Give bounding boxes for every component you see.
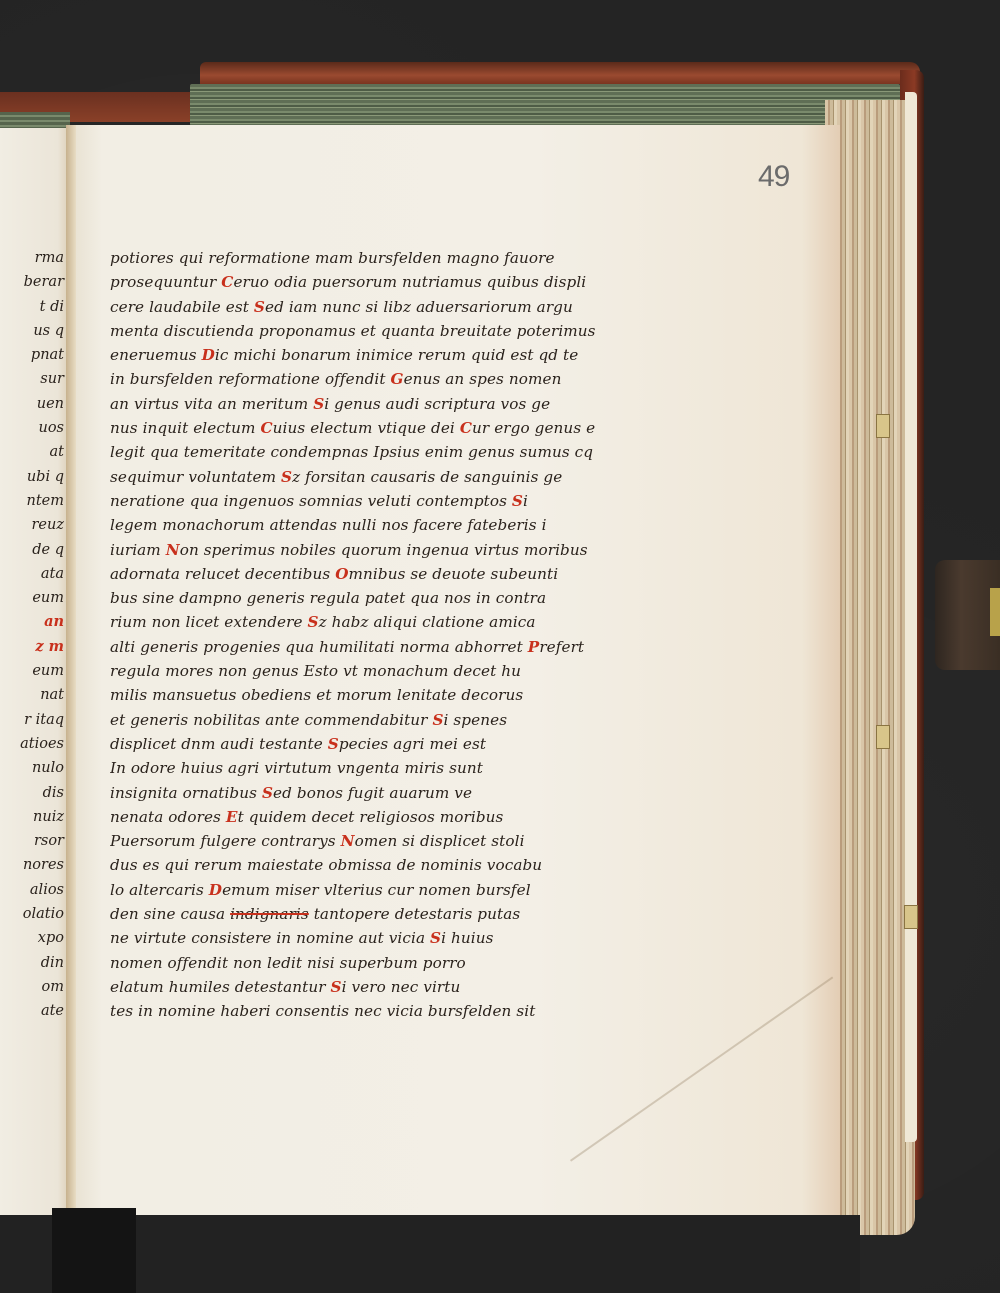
margin-fragment: nuiz bbox=[0, 805, 70, 829]
line-text: dus es qui rerum maiestate obmissa de no… bbox=[110, 856, 542, 874]
line-text: refert bbox=[539, 638, 584, 656]
margin-fragment: z m bbox=[0, 635, 70, 659]
manuscript-line: an virtus vita an meritum Si genus audi … bbox=[110, 392, 640, 416]
margin-fragment: us q bbox=[0, 319, 70, 343]
rubricated-initial: P bbox=[528, 638, 540, 656]
manuscript-line: lo altercaris Demum miser vlterius cur n… bbox=[110, 878, 640, 902]
margin-fragment: nat bbox=[0, 683, 70, 707]
manuscript-line: tes in nomine haberi consentis nec vicia… bbox=[110, 999, 640, 1023]
rubricated-initial: N bbox=[166, 541, 180, 559]
left-page-text-fragments: rmaberart dius qpnatsuruenuosatubi qntem… bbox=[0, 246, 70, 1024]
manuscript-line: insignita ornatibus Sed bonos fugit auar… bbox=[110, 781, 640, 805]
line-text: z habz aliqui clatione amica bbox=[319, 613, 536, 631]
rubricated-initial: C bbox=[460, 419, 472, 437]
rubricated-initial: S bbox=[512, 492, 523, 510]
margin-fragment: olatio bbox=[0, 902, 70, 926]
margin-fragment: nulo bbox=[0, 756, 70, 780]
manuscript-line: nenata odores Et quidem decet religiosos… bbox=[110, 805, 640, 829]
manuscript-line: neratione qua ingenuos somnias veluti co… bbox=[110, 489, 640, 513]
folio-number: 49 bbox=[758, 160, 789, 194]
line-text: nenata odores bbox=[110, 808, 226, 826]
margin-fragment: atioes bbox=[0, 732, 70, 756]
line-text: menta discutienda proponamus et quanta b… bbox=[110, 322, 596, 340]
manuscript-line: legit qua temeritate condempnas Ipsius e… bbox=[110, 440, 640, 464]
line-text: nus inquit electum bbox=[110, 419, 260, 437]
line-text: emum miser vlterius cur nomen bursfel bbox=[222, 881, 531, 899]
line-text: neratione qua ingenuos somnias veluti co… bbox=[110, 492, 512, 510]
margin-fragment: nores bbox=[0, 853, 70, 877]
manuscript-line: nus inquit electum Cuius electum vtique … bbox=[110, 416, 640, 440]
margin-fragment: r itaq bbox=[0, 708, 70, 732]
line-text: alti generis progenies qua humilitati no… bbox=[110, 638, 528, 656]
manuscript-line: In odore huius agri virtutum vngenta mir… bbox=[110, 756, 640, 780]
green-page-top-edge bbox=[190, 84, 900, 126]
manuscript-text-block: potiores qui reformatione mam bursfelden… bbox=[110, 246, 640, 1024]
manuscript-line: milis mansuetus obediens et morum lenita… bbox=[110, 683, 640, 707]
line-text: t quidem decet religiosos moribus bbox=[238, 808, 504, 826]
line-text: rium non licet extendere bbox=[110, 613, 308, 631]
line-text: elatum humiles detestantur bbox=[110, 978, 331, 996]
margin-fragment: ate bbox=[0, 999, 70, 1023]
margin-fragment: uos bbox=[0, 416, 70, 440]
line-text: bus sine dampno generis regula patet qua… bbox=[110, 589, 546, 607]
rubricated-initial: N bbox=[341, 832, 355, 850]
manuscript-line: iuriam Non sperimus nobiles quorum ingen… bbox=[110, 538, 640, 562]
line-text: nomen offendit non ledit nisi superbum p… bbox=[110, 954, 466, 972]
rubricated-initial: O bbox=[335, 565, 348, 583]
manuscript-line: bus sine dampno generis regula patet qua… bbox=[110, 586, 640, 610]
line-text: ic michi bonarum inimice rerum quid est … bbox=[215, 346, 578, 364]
manuscript-line: menta discutienda proponamus et quanta b… bbox=[110, 319, 640, 343]
line-text: an virtus vita an meritum bbox=[110, 395, 313, 413]
line-text: eneruemus bbox=[110, 346, 202, 364]
manuscript-line: prosequuntur Ceruo odia puersorum nutria… bbox=[110, 270, 640, 294]
line-text: ne virtute consistere in nomine aut vici… bbox=[110, 929, 430, 947]
margin-fragment: sur bbox=[0, 367, 70, 391]
manuscript-line: sequimur voluntatem Sz forsitan causaris… bbox=[110, 465, 640, 489]
manuscript-line: rium non licet extendere Sz habz aliqui … bbox=[110, 610, 640, 634]
leather-cover-top-edge bbox=[200, 62, 920, 84]
line-text: displicet dnm audi testante bbox=[110, 735, 328, 753]
manuscript-line: adornata relucet decentibus Omnibus se d… bbox=[110, 562, 640, 586]
manuscript-line: elatum humiles detestantur Si vero nec v… bbox=[110, 975, 640, 999]
rubricated-initial: S bbox=[432, 711, 443, 729]
rubricated-initial: E bbox=[226, 808, 238, 826]
manuscript-line: cere laudabile est Sed iam nunc si libz … bbox=[110, 295, 640, 319]
line-text: potiores qui reformatione mam bursfelden… bbox=[110, 249, 555, 267]
line-text: i spenes bbox=[444, 711, 508, 729]
fore-edge-tab bbox=[876, 414, 890, 438]
manuscript-line: alti generis progenies qua humilitati no… bbox=[110, 635, 640, 659]
fore-edge-tab bbox=[904, 905, 918, 929]
line-text: adornata relucet decentibus bbox=[110, 565, 335, 583]
margin-fragment: reuz bbox=[0, 513, 70, 537]
line-text: i genus audi scriptura vos ge bbox=[324, 395, 550, 413]
line-text: eruo odia puersorum nutriamus quibus dis… bbox=[233, 273, 586, 291]
manuscript-line: ne virtute consistere in nomine aut vici… bbox=[110, 926, 640, 950]
margin-fragment: uen bbox=[0, 392, 70, 416]
margin-fragment: de q bbox=[0, 538, 70, 562]
rubricated-initial: S bbox=[254, 298, 265, 316]
margin-fragment: rsor bbox=[0, 829, 70, 853]
margin-fragment: ubi q bbox=[0, 465, 70, 489]
margin-fragment: xpo bbox=[0, 926, 70, 950]
margin-fragment: rma bbox=[0, 246, 70, 270]
clasp-brass-fitting bbox=[990, 588, 1000, 636]
line-text: lo altercaris bbox=[110, 881, 209, 899]
line-text: in bursfelden reformatione offendit bbox=[110, 370, 391, 388]
rubricated-initial: S bbox=[281, 468, 292, 486]
margin-fragment: din bbox=[0, 951, 70, 975]
line-text: i bbox=[523, 492, 528, 510]
flyleaf-edge bbox=[905, 92, 917, 1142]
line-text: insignita ornatibus bbox=[110, 784, 262, 802]
line-text: tes in nomine haberi consentis nec vicia… bbox=[110, 1002, 535, 1020]
line-text: den sine causa bbox=[110, 905, 230, 923]
manuscript-line: den sine causa indignaris tantopere dete… bbox=[110, 902, 640, 926]
line-text: et generis nobilitas ante commendabitur bbox=[110, 711, 432, 729]
line-text: z forsitan causaris de sanguinis ge bbox=[292, 468, 562, 486]
manuscript-line: Puersorum fulgere contrarys Nomen si dis… bbox=[110, 829, 640, 853]
line-text: uius electum vtique dei bbox=[273, 419, 460, 437]
margin-fragment: berar bbox=[0, 270, 70, 294]
rubricated-initial: S bbox=[313, 395, 324, 413]
manuscript-line: nomen offendit non ledit nisi superbum p… bbox=[110, 951, 640, 975]
rubricated-initial: C bbox=[260, 419, 272, 437]
margin-fragment: eum bbox=[0, 586, 70, 610]
line-text: sequimur voluntatem bbox=[110, 468, 281, 486]
rubricated-initial: G bbox=[391, 370, 404, 388]
fore-edge-tab bbox=[876, 725, 890, 749]
line-text: Puersorum fulgere contrarys bbox=[110, 832, 341, 850]
rubricated-initial: S bbox=[262, 784, 273, 802]
line-text: iuriam bbox=[110, 541, 166, 559]
rubricated-initial: D bbox=[209, 881, 222, 899]
line-text: prosequuntur bbox=[110, 273, 221, 291]
margin-fragment: ntem bbox=[0, 489, 70, 513]
line-text: mnibus se deuote subeunti bbox=[349, 565, 559, 583]
margin-fragment: alios bbox=[0, 878, 70, 902]
margin-fragment: t di bbox=[0, 295, 70, 319]
margin-fragment: pnat bbox=[0, 343, 70, 367]
margin-fragment: om bbox=[0, 975, 70, 999]
manuscript-line: displicet dnm audi testante Species agri… bbox=[110, 732, 640, 756]
rubricated-initial: S bbox=[430, 929, 441, 947]
margin-fragment: an bbox=[0, 610, 70, 634]
line-text: In odore huius agri virtutum vngenta mir… bbox=[110, 759, 483, 777]
line-text: tantopere detestaris putas bbox=[309, 905, 520, 923]
rubricated-initial: S bbox=[331, 978, 342, 996]
margin-fragment: ata bbox=[0, 562, 70, 586]
line-text: omen si displicet stoli bbox=[355, 832, 525, 850]
line-text: i vero nec virtu bbox=[342, 978, 461, 996]
rubricated-initial: S bbox=[328, 735, 339, 753]
line-text: ed iam nunc si libz aduersariorum argu bbox=[265, 298, 573, 316]
manuscript-line: et generis nobilitas ante commendabitur … bbox=[110, 708, 640, 732]
spine-shadow bbox=[52, 1208, 136, 1293]
margin-fragment: dis bbox=[0, 781, 70, 805]
line-text: regula mores non genus Esto vt monachum … bbox=[110, 662, 521, 680]
rubricated-initial: S bbox=[308, 613, 319, 631]
line-text: legit qua temeritate condempnas Ipsius e… bbox=[110, 443, 593, 461]
rubricated-initial: D bbox=[202, 346, 215, 364]
struck-word: indignaris bbox=[230, 905, 309, 923]
rubricated-initial: C bbox=[221, 273, 233, 291]
manuscript-line: regula mores non genus Esto vt monachum … bbox=[110, 659, 640, 683]
line-text: legem monachorum attendas nulli nos face… bbox=[110, 516, 547, 534]
line-text: on sperimus nobiles quorum ingenua virtu… bbox=[180, 541, 588, 559]
line-text: milis mansuetus obediens et morum lenita… bbox=[110, 686, 523, 704]
manuscript-line: in bursfelden reformatione offendit Genu… bbox=[110, 367, 640, 391]
line-text: cere laudabile est bbox=[110, 298, 254, 316]
line-text: enus an spes nomen bbox=[404, 370, 562, 388]
margin-fragment: at bbox=[0, 440, 70, 464]
line-text: pecies agri mei est bbox=[339, 735, 486, 753]
line-text: ed bonos fugit auarum ve bbox=[273, 784, 472, 802]
line-text: ur ergo genus e bbox=[472, 419, 595, 437]
margin-fragment: eum bbox=[0, 659, 70, 683]
manuscript-line: legem monachorum attendas nulli nos face… bbox=[110, 513, 640, 537]
manuscript-line: dus es qui rerum maiestate obmissa de no… bbox=[110, 853, 640, 877]
manuscript-line: potiores qui reformatione mam bursfelden… bbox=[110, 246, 640, 270]
manuscript-line: eneruemus Dic michi bonarum inimice reru… bbox=[110, 343, 640, 367]
line-text: i huius bbox=[441, 929, 493, 947]
